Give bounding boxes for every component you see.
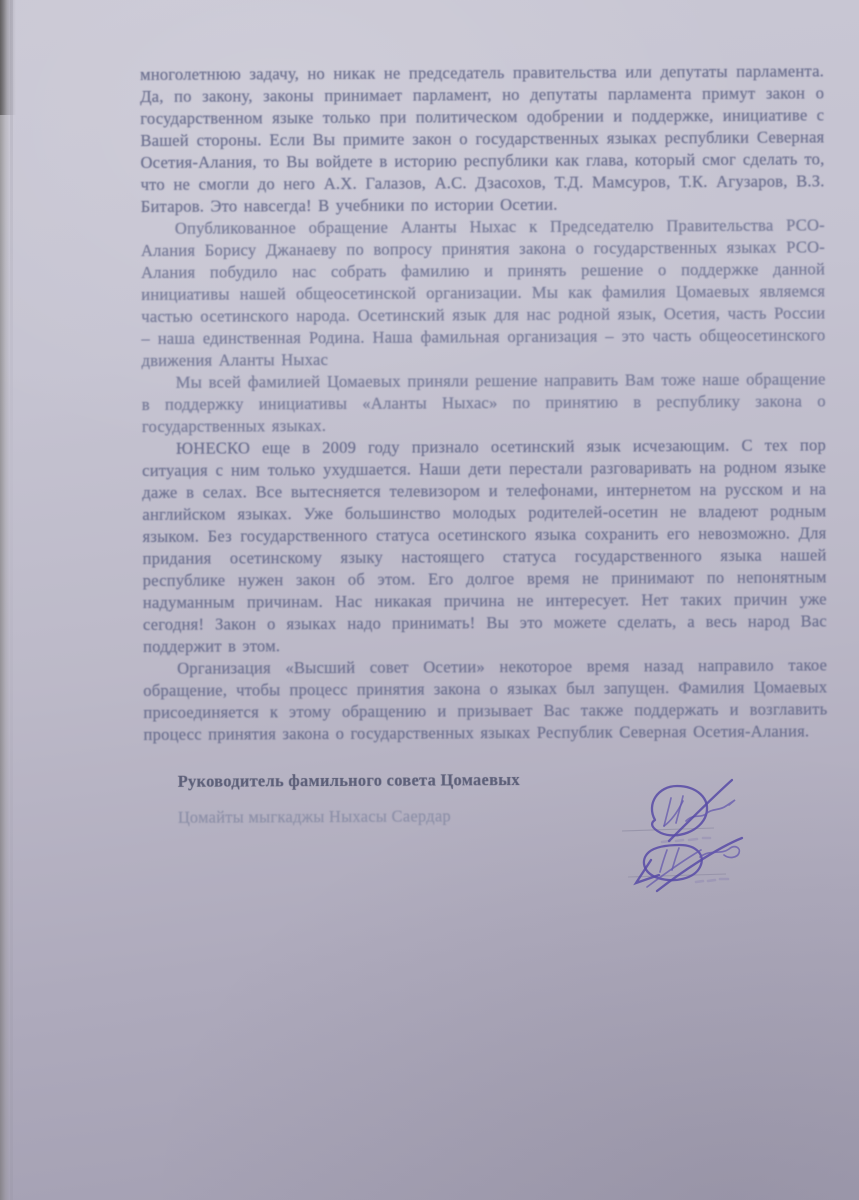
letter-paragraph: ЮНЕСКО еще в 2009 году признало осетинск… bbox=[142, 434, 827, 658]
paper-crease bbox=[10, 0, 13, 1200]
photo-left-edge bbox=[0, 0, 10, 1200]
signatory-role-ossetian-line: Цомайты мыгкаджы Ныхасы Саердар bbox=[178, 804, 828, 827]
photo-corner-shadow bbox=[0, 0, 16, 115]
letter-body: многолетнюю задачу, но никак не председа… bbox=[140, 60, 828, 746]
letter-paragraph: Мы всей фамилией Цомаевых приняли решени… bbox=[142, 368, 826, 438]
ink-smudge bbox=[696, 879, 728, 882]
letter-paragraph: Организация «Высший совет Осетии» некото… bbox=[143, 654, 827, 746]
signatory-role-line: Руководитель фамильного совета Цомаевых bbox=[178, 768, 828, 791]
signature-line bbox=[622, 828, 714, 831]
letter-paragraph: Опубликованное обращение Аланты Ныхас к … bbox=[141, 214, 826, 372]
signature-line bbox=[628, 874, 726, 877]
photographed-letter: многолетнюю задачу, но никак не председа… bbox=[0, 0, 859, 1200]
ink-smudge bbox=[662, 838, 710, 842]
letter-paragraph: многолетнюю задачу, но никак не председа… bbox=[140, 60, 825, 218]
signature-block: Руководитель фамильного совета Цомаевых … bbox=[178, 768, 828, 827]
letter-content: многолетнюю задачу, но никак не председа… bbox=[140, 60, 828, 828]
